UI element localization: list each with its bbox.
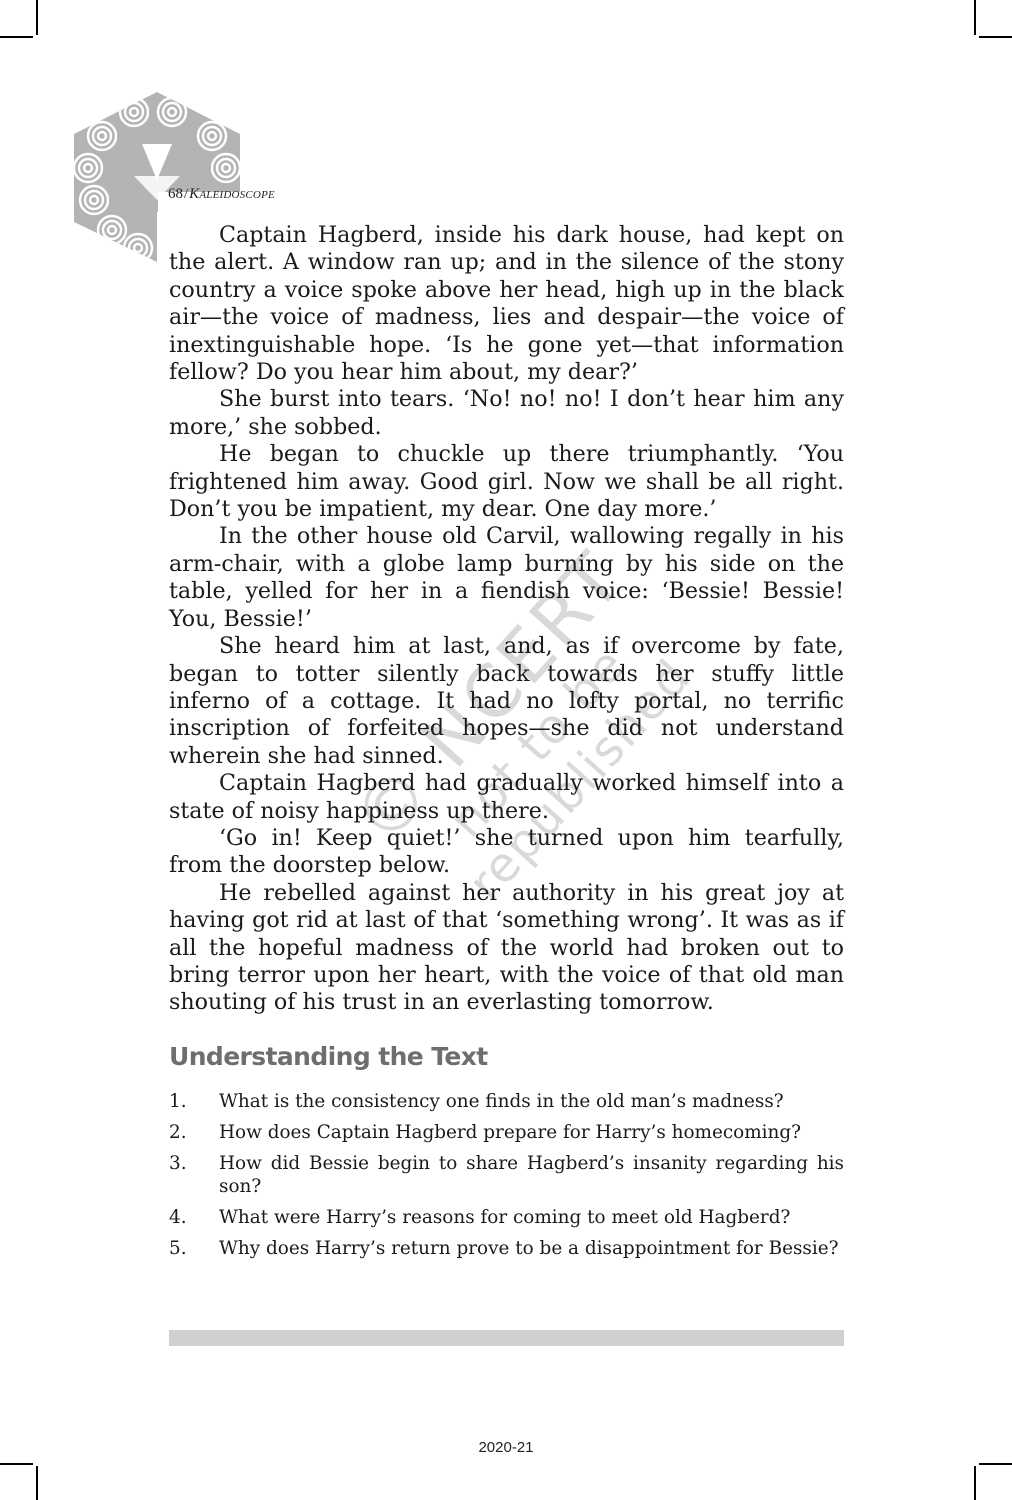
question-text: What is the consistency one finds in the… — [219, 1090, 844, 1113]
crop-mark-bottom-right-h — [979, 1463, 1012, 1465]
story-text: Captain Hagberd, inside his dark house, … — [169, 222, 844, 1017]
crop-mark-top-left-h — [0, 36, 33, 38]
paragraph: In the other house old Carvil, wallowing… — [169, 523, 844, 633]
question-item: 5. Why does Harry’s return prove to be a… — [169, 1237, 844, 1260]
crop-mark-bottom-left-h — [0, 1463, 33, 1465]
page-bottom-rule — [169, 1330, 844, 1346]
paragraph: He rebelled against her authority in his… — [169, 880, 844, 1017]
question-item: 3. How did Bessie begin to share Hagberd… — [169, 1152, 844, 1198]
question-text: Why does Harry’s return prove to be a di… — [219, 1237, 844, 1260]
question-number: 5. — [169, 1237, 219, 1260]
crop-mark-top-left-v — [36, 0, 38, 35]
section-heading: Understanding the Text — [169, 1042, 488, 1071]
crop-mark-bottom-right-v — [974, 1466, 976, 1500]
question-text: What were Harry’s reasons for coming to … — [219, 1206, 844, 1229]
question-number: 4. — [169, 1206, 219, 1229]
paragraph: He began to chuckle up there triumphantl… — [169, 441, 844, 523]
footer-year: 2020-21 — [0, 1439, 1012, 1456]
question-item: 1. What is the consistency one finds in … — [169, 1090, 844, 1113]
book-title: Kaleidoscope — [189, 186, 275, 202]
header-separator: / — [184, 186, 188, 202]
question-number: 2. — [169, 1121, 219, 1144]
question-text: How did Bessie begin to share Hagberd’s … — [219, 1152, 844, 1198]
paragraph: She heard him at last, and, as if overco… — [169, 633, 844, 770]
paragraph: Captain Hagberd, inside his dark house, … — [169, 222, 844, 386]
question-number: 1. — [169, 1090, 219, 1113]
paragraph: She burst into tears. ‘No! no! no! I don… — [169, 386, 844, 441]
running-header: 68/Kaleidoscope — [168, 186, 275, 203]
paragraph: ‘Go in! Keep quiet!’ she turned upon him… — [169, 825, 844, 880]
question-item: 4. What were Harry’s reasons for coming … — [169, 1206, 844, 1229]
crop-mark-bottom-left-v — [36, 1466, 38, 1500]
question-item: 2. How does Captain Hagberd prepare for … — [169, 1121, 844, 1144]
page-number: 68 — [168, 186, 183, 202]
crop-mark-top-right-h — [979, 36, 1012, 38]
question-number: 3. — [169, 1152, 219, 1198]
question-list: 1. What is the consistency one finds in … — [169, 1090, 844, 1268]
question-text: How does Captain Hagberd prepare for Har… — [219, 1121, 844, 1144]
paragraph: Captain Hagberd had gradually worked him… — [169, 770, 844, 825]
crop-mark-top-right-v — [974, 0, 976, 35]
